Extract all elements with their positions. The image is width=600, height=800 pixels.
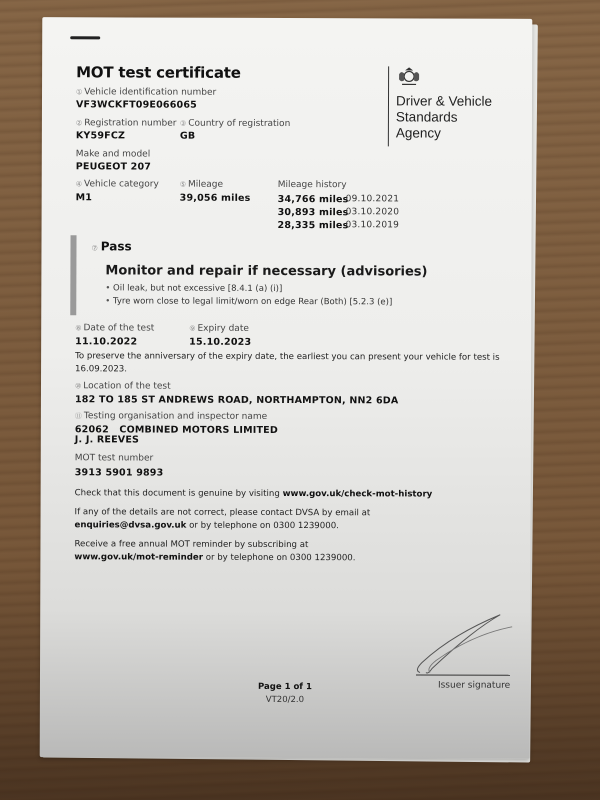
result-indicator-bar [70,235,76,315]
mileage-history-list: 34,766 miles 09.10.2021 30,893 miles 03.… [278,193,400,232]
inspector-name: J. J. REEVES [75,434,139,445]
issuer-name-line: Agency [396,125,518,141]
vehicle-category-label: ④Vehicle category [76,179,159,189]
mileage-history-row: 28,335 miles 03.10.2019 [278,219,400,232]
info-number-icon: ② [76,119,82,127]
vin-label: ①Vehicle identification number [76,87,216,97]
expiry-date-value: 15.10.2023 [189,337,251,348]
dvsa-email-link[interactable]: enquiries@dvsa.gov.uk [75,520,187,530]
organisation-label: ⑪Testing organisation and inspector name [75,411,267,422]
registration-label: ②Registration number [76,118,177,128]
royal-crest-icon [396,66,422,86]
issuer-signature [412,608,522,676]
test-result-status: ⑦Pass [91,239,131,253]
info-number-icon: ⑨ [189,325,195,333]
info-number-icon: ③ [180,120,186,128]
location-value: 182 TO 185 ST ANDREWS ROAD, NORTHAMPTON,… [75,394,399,406]
mileage-value: 39,056 miles [180,193,251,204]
advisories-heading: Monitor and repair if necessary (advisor… [105,263,427,279]
test-date-label: ⑧Date of the test [75,323,154,333]
test-date-value: 11.10.2022 [75,336,137,347]
make-model-label: Make and model [76,149,150,159]
page-title: MOT test certificate [76,63,241,82]
mileage-label: ⑤Mileage [180,180,223,190]
vehicle-category-value: M1 [76,192,93,203]
mileage-history-row: 34,766 miles 09.10.2021 [278,193,400,206]
dvsa-logo: Driver & Vehicle Standards Agency [388,66,518,146]
location-label: ⑩Location of the test [75,381,171,391]
mileage-history-row: 30,893 miles 03.10.2020 [278,206,400,219]
genuine-check-notice: Check that this document is genuine by v… [75,487,515,502]
anniversary-note: To preserve the anniversary of the expir… [75,350,505,378]
info-number-icon: ⑪ [75,412,82,420]
contact-notice: If any of the details are not correct, p… [74,506,374,533]
info-number-icon: ⑤ [180,181,186,189]
info-number-icon: ① [76,88,82,96]
staple-icon [70,36,100,39]
signature-label: Issuer signature [438,681,510,691]
test-number-value: 3913 5901 9893 [75,467,164,478]
mot-certificate-page: MOT test certificate Driver & Vehicle St… [40,17,533,759]
reminder-notice: Receive a free annual MOT reminder by su… [74,538,374,565]
check-mot-history-link[interactable]: www.gov.uk/check-mot-history [283,489,433,500]
info-number-icon: ④ [76,180,82,188]
registration-value: KY59FCZ [76,130,125,141]
advisories-list: Oil leak, but not excessive [8.4.1 (a) (… [105,282,392,309]
form-code: VT20/2.0 [240,695,330,705]
mot-reminder-link[interactable]: www.gov.uk/mot-reminder [74,552,203,562]
advisory-item: Tyre worn close to legal limit/worn on e… [105,295,392,309]
expiry-date-label: ⑨Expiry date [189,324,249,334]
make-model-value: PEUGEOT 207 [76,161,151,172]
info-number-icon: ⑦ [91,244,97,252]
issuer-name-line: Driver & Vehicle [396,93,518,109]
info-number-icon: ⑩ [75,382,81,390]
page-number: Page 1 of 1 [240,682,330,692]
mileage-history-label: Mileage history [278,180,347,190]
country-value: GB [180,131,195,142]
vin-value: VF3WCKFT09E066065 [76,99,197,110]
country-label: ③Country of registration [180,119,290,129]
test-number-label: MOT test number [75,453,154,463]
info-number-icon: ⑧ [75,324,81,332]
advisory-item: Oil leak, but not excessive [8.4.1 (a) (… [105,282,392,296]
issuer-name-line: Standards [396,109,518,125]
